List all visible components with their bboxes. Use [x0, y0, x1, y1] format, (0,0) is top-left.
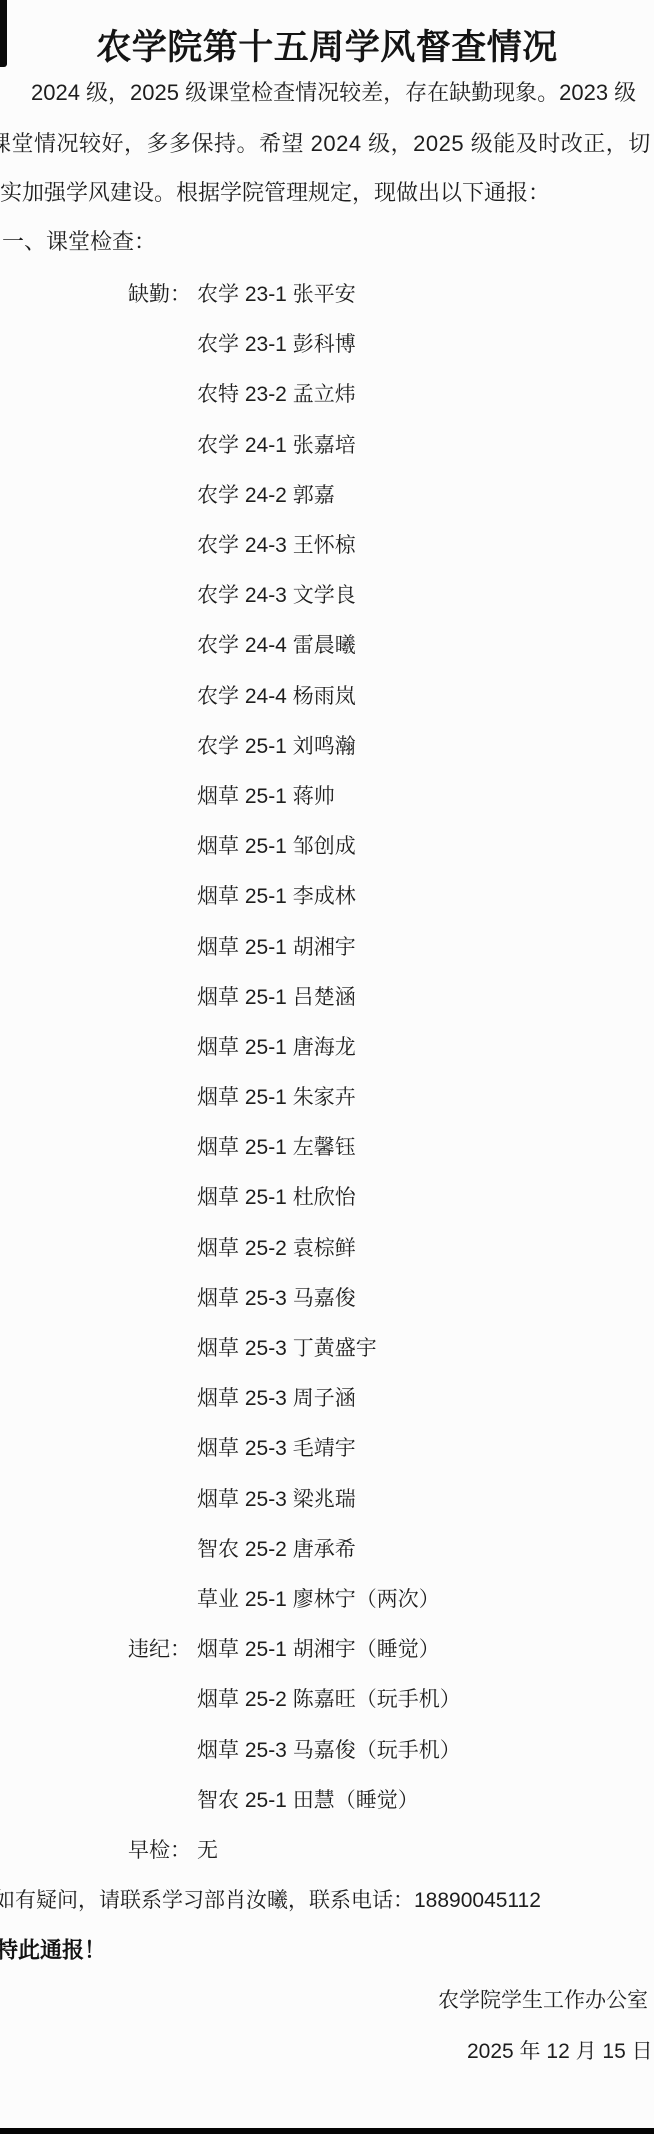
- list-item: 烟草 25-1 杜欣怡: [0, 1171, 654, 1221]
- list-item: 烟草 25-2 陈嘉旺（玩手机）: [0, 1673, 654, 1723]
- absent-entry: 烟草 25-1 胡湘宇: [197, 931, 356, 961]
- list-item: 烟草 25-1 邹创成: [0, 820, 654, 870]
- list-item: 农学 24-4 雷晨曦: [0, 619, 654, 669]
- inspection-list: 缺勤： 农学 23-1 张平安 农学 23-1 彭科博 农特 23-2 孟立炜 …: [0, 268, 654, 2075]
- list-item: 烟草 25-1 蒋帅: [0, 770, 654, 820]
- list-item: 烟草 25-3 丁黄盛宇: [0, 1322, 654, 1372]
- intro-line-3: 实加强学风建设。根据学院管理规定，现做出以下通报：: [0, 179, 550, 207]
- absent-entry: 烟草 25-1 朱家卉: [197, 1081, 356, 1111]
- notice-title: 农学院第十五周学风督查情况: [0, 20, 654, 70]
- list-item: 烟草 25-1 左馨钰: [0, 1121, 654, 1171]
- absent-entry: 农学 23-1 张平安: [197, 278, 356, 308]
- contact-text: 如有疑问，请联系学习部肖汝曦，联系电话：18890045112: [0, 1884, 541, 1914]
- list-item: 烟草 25-3 马嘉俊: [0, 1272, 654, 1322]
- list-item: 早检： 无: [0, 1824, 654, 1874]
- absent-entry: 农学 24-4 雷晨曦: [197, 629, 356, 659]
- list-item: 农学 24-2 郭嘉: [0, 469, 654, 519]
- absent-entry: 烟草 25-1 左馨钰: [197, 1131, 356, 1161]
- signature-line: 农学院学生工作办公室: [0, 1974, 654, 2024]
- list-item: 农特 23-2 孟立炜: [0, 368, 654, 418]
- closing-text: 特此通报！: [0, 1934, 106, 1965]
- list-item: 烟草 25-1 胡湘宇: [0, 920, 654, 970]
- list-item: 烟草 25-3 毛靖宇: [0, 1422, 654, 1472]
- absent-entry: 农学 24-4 杨雨岚: [197, 680, 356, 710]
- list-item: 烟草 25-3 梁兆瑞: [0, 1473, 654, 1523]
- violation-entry: 烟草 25-1 胡湘宇（睡觉）: [197, 1633, 440, 1663]
- intro-line-1: 2024 级，2025 级课堂检查情况较差，存在缺勤现象。2023 级: [31, 79, 636, 107]
- absent-entry: 烟草 25-1 李成林: [197, 880, 356, 910]
- violation-label: 违纪：: [128, 1633, 191, 1663]
- list-item: 农学 24-3 文学良: [0, 569, 654, 619]
- violation-entry: 烟草 25-3 马嘉俊（玩手机）: [197, 1734, 461, 1764]
- absent-entry: 农特 23-2 孟立炜: [197, 378, 356, 408]
- list-item: 草业 25-1 廖林宁（两次）: [0, 1573, 654, 1623]
- list-item: 烟草 25-3 周子涵: [0, 1372, 654, 1422]
- signature-text: 农学院学生工作办公室: [438, 1984, 648, 2014]
- absent-entry: 烟草 25-1 蒋帅: [197, 780, 335, 810]
- list-item: 烟草 25-1 吕楚涵: [0, 971, 654, 1021]
- date-line: 2025 年 12 月 15 日: [0, 2025, 654, 2075]
- absent-entry: 烟草 25-3 毛靖宇: [197, 1432, 356, 1462]
- intro-line-2: 课堂情况较好，多多保持。希望 2024 级，2025 级能及时改正，切: [0, 130, 651, 158]
- absent-entry: 农学 25-1 刘鸣瀚: [197, 730, 356, 760]
- list-item: 智农 25-1 田慧（睡觉）: [0, 1774, 654, 1824]
- list-item: 缺勤： 农学 23-1 张平安: [0, 268, 654, 318]
- list-item: 农学 23-1 彭科博: [0, 318, 654, 368]
- absent-entry: 农学 23-1 彭科博: [197, 328, 356, 358]
- absent-entry: 烟草 25-1 吕楚涵: [197, 981, 356, 1011]
- absent-entry: 草业 25-1 廖林宁（两次）: [197, 1583, 440, 1613]
- morning-check-label: 早检：: [128, 1834, 191, 1864]
- absent-entry: 农学 24-3 文学良: [197, 579, 356, 609]
- list-item: 农学 25-1 刘鸣瀚: [0, 720, 654, 770]
- date-text: 2025 年 12 月 15 日: [467, 2035, 653, 2065]
- notice-document: 农学院第十五周学风督查情况 2024 级，2025 级课堂检查情况较差，存在缺勤…: [0, 0, 654, 2134]
- list-item: 烟草 25-2 袁棕鲜: [0, 1222, 654, 1272]
- list-item: 农学 24-3 王怀椋: [0, 519, 654, 569]
- list-item: 烟草 25-3 马嘉俊（玩手机）: [0, 1723, 654, 1773]
- violation-entry: 智农 25-1 田慧（睡觉）: [197, 1784, 419, 1814]
- absent-entry: 农学 24-3 王怀椋: [197, 529, 356, 559]
- list-item: 智农 25-2 唐承希: [0, 1523, 654, 1573]
- absent-entry: 智农 25-2 唐承希: [197, 1533, 356, 1563]
- absent-entry: 烟草 25-1 杜欣怡: [197, 1181, 356, 1211]
- absent-entry: 烟草 25-1 唐海龙: [197, 1031, 356, 1061]
- absent-entry: 烟草 25-1 邹创成: [197, 830, 356, 860]
- absent-entry: 烟草 25-3 梁兆瑞: [197, 1483, 356, 1513]
- list-item: 违纪： 烟草 25-1 胡湘宇（睡觉）: [0, 1623, 654, 1673]
- section-heading: 一、课堂检查：: [2, 228, 156, 256]
- list-item: 农学 24-1 张嘉培: [0, 419, 654, 469]
- absent-entry: 烟草 25-3 马嘉俊: [197, 1282, 356, 1312]
- photo-bottom-edge-bar: [0, 2128, 654, 2134]
- list-item: 农学 24-4 杨雨岚: [0, 670, 654, 720]
- absent-entry: 烟草 25-3 丁黄盛宇: [197, 1332, 377, 1362]
- absent-label: 缺勤：: [128, 278, 191, 308]
- violation-entry: 烟草 25-2 陈嘉旺（玩手机）: [197, 1683, 461, 1713]
- morning-check-value: 无: [197, 1834, 218, 1864]
- contact-line: 如有疑问，请联系学习部肖汝曦，联系电话：18890045112: [0, 1874, 654, 1924]
- absent-entry: 农学 24-1 张嘉培: [197, 429, 356, 459]
- closing-line: 特此通报！: [0, 1924, 654, 1974]
- absent-entry: 烟草 25-2 袁棕鲜: [197, 1232, 356, 1262]
- absent-entry: 农学 24-2 郭嘉: [197, 479, 335, 509]
- absent-entry: 烟草 25-3 周子涵: [197, 1382, 356, 1412]
- list-item: 烟草 25-1 唐海龙: [0, 1021, 654, 1071]
- list-item: 烟草 25-1 李成林: [0, 870, 654, 920]
- list-item: 烟草 25-1 朱家卉: [0, 1071, 654, 1121]
